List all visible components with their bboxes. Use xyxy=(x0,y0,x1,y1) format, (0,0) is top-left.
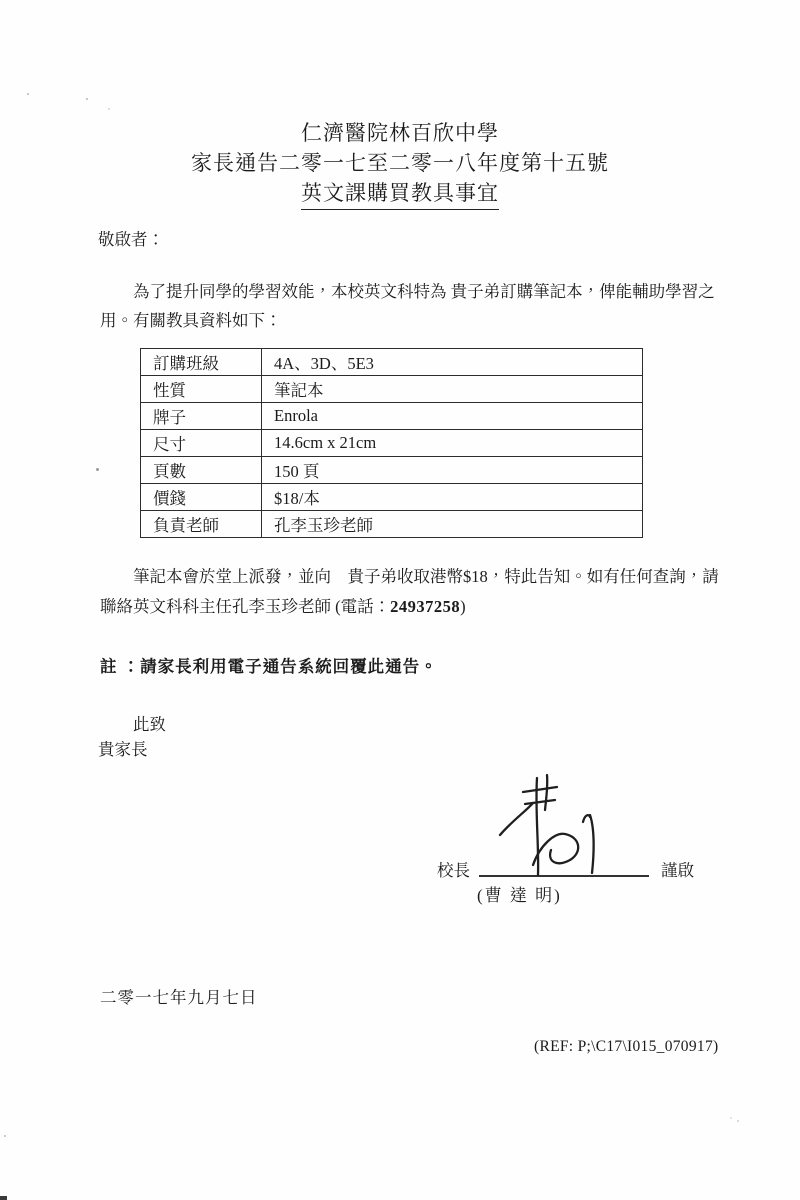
notice-subject: 英文課購買教具事宜 xyxy=(301,178,499,210)
scan-speck xyxy=(86,98,88,100)
scan-speck xyxy=(737,1120,739,1122)
table-row: 頁數 150 頁 xyxy=(141,457,643,484)
notice-date: 二零一七年九月七日 xyxy=(100,984,258,1008)
row-value: 筆記本 xyxy=(262,376,643,403)
contact-text: 聯絡英文科科主任孔李玉珍老師 (電話： xyxy=(100,597,390,616)
scan-speck xyxy=(4,1135,6,1137)
scan-speck xyxy=(0,1196,7,1200)
scan-speck xyxy=(27,93,29,95)
notice-header: 仁濟醫院林百欣中學 家長通告二零一七至二零一八年度第十五號 英文課購買教具事宜 xyxy=(0,118,800,210)
scan-speck xyxy=(108,108,110,110)
row-label: 價錢 xyxy=(141,484,262,511)
row-label: 負責老師 xyxy=(141,511,262,538)
row-value: $18/本 xyxy=(262,484,643,511)
table-row: 價錢 $18/本 xyxy=(141,484,643,511)
respectfully-label: 謹啟 xyxy=(661,857,694,881)
row-label: 頁數 xyxy=(141,457,262,484)
principal-signature-image xyxy=(485,770,615,880)
e-notice-reply-note: 註 ：請家長利用電子通告系統回覆此通告。 xyxy=(100,653,438,677)
row-label: 性質 xyxy=(141,376,262,403)
intro-paragraph: 為了提升同學的學習效能，本校英文科特為 貴子弟訂購筆記本，俾能輔助學習之 用。有… xyxy=(100,277,722,335)
teaching-aid-details-table: 訂購班級 4A、3D、5E3 性質 筆記本 牌子 Enrola 尺寸 14.6c… xyxy=(140,348,643,538)
table-row: 牌子 Enrola xyxy=(141,403,643,430)
row-value: Enrola xyxy=(262,403,643,430)
school-name: 仁濟醫院林百欣中學 xyxy=(0,118,800,148)
intro-paragraph-line2: 用。有關教具資料如下： xyxy=(100,306,722,335)
payment-paragraph: 筆記本會於堂上派發，並向 貴子弟收取港幣$18，特此告知。如有任何查詢，請 聯絡… xyxy=(100,562,722,622)
payment-paragraph-line1: 筆記本會於堂上派發，並向 貴子弟收取港幣$18，特此告知。如有任何查詢，請 xyxy=(100,562,722,592)
row-value: 14.6cm x 21cm xyxy=(262,430,643,457)
principal-name: (曹 達 明) xyxy=(477,881,562,906)
row-value: 150 頁 xyxy=(262,457,643,484)
closing-recipient: 貴家長 xyxy=(98,736,148,760)
scan-speck xyxy=(730,1117,732,1119)
contact-text-suffix: ) xyxy=(460,597,466,616)
table-row: 尺寸 14.6cm x 21cm xyxy=(141,430,643,457)
row-value: 4A、3D、5E3 xyxy=(262,349,643,376)
principal-role-label: 校長 xyxy=(437,857,470,881)
row-label: 尺寸 xyxy=(141,430,262,457)
notice-number: 家長通告二零一七至二零一八年度第十五號 xyxy=(0,148,800,178)
table-row: 訂購班級 4A、3D、5E3 xyxy=(141,349,643,376)
payment-paragraph-line2: 聯絡英文科科主任孔李玉珍老師 (電話：24937258) xyxy=(100,592,722,622)
row-label: 牌子 xyxy=(141,403,262,430)
scan-speck xyxy=(96,468,99,471)
reference-number: (REF: P;\C17\I015_070917) xyxy=(534,1038,718,1056)
closing-cishi: 此致 xyxy=(133,711,166,735)
row-label: 訂購班級 xyxy=(141,349,262,376)
table-row: 負責老師 孔李玉珍老師 xyxy=(141,511,643,538)
scanned-notice-page: 仁濟醫院林百欣中學 家長通告二零一七至二零一八年度第十五號 英文課購買教具事宜 … xyxy=(0,0,800,1200)
intro-paragraph-line1: 為了提升同學的學習效能，本校英文科特為 貴子弟訂購筆記本，俾能輔助學習之 xyxy=(100,277,722,306)
table-row: 性質 筆記本 xyxy=(141,376,643,403)
salutation: 敬啟者： xyxy=(98,226,164,250)
row-value: 孔李玉珍老師 xyxy=(262,511,643,538)
phone-number: 24937258 xyxy=(390,597,460,616)
